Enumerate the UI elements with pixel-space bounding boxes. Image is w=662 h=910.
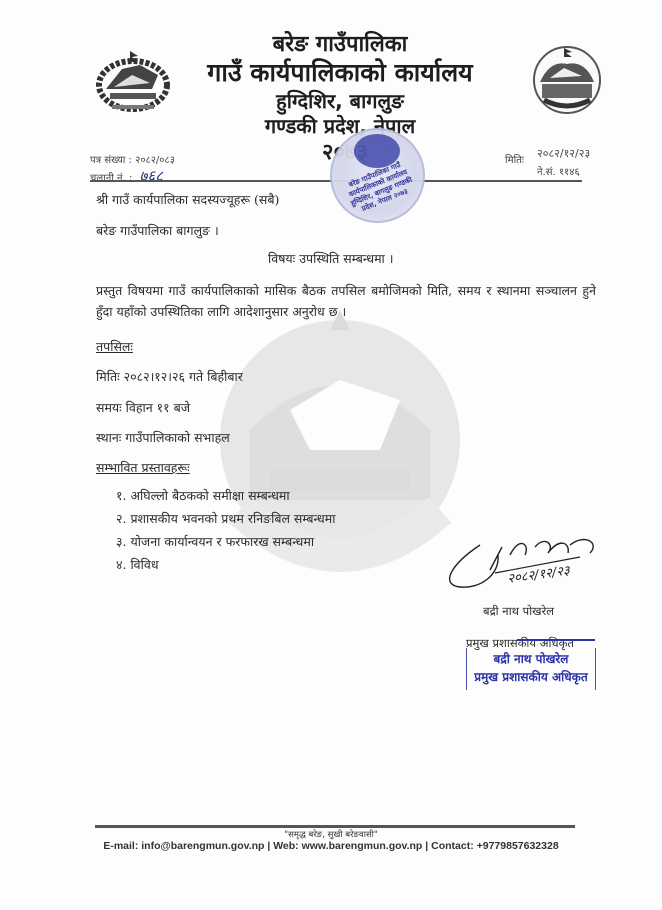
- org-name: बरेङ गाउँपालिका: [160, 28, 520, 58]
- recipient-line-2: बरेङ गाउँपालिका बागलुङ ।: [96, 222, 219, 239]
- footer-contact: E-mail: info@barengmun.gov.np | Web: www…: [0, 840, 662, 852]
- name-designation-stamp: बद्री नाथ पोखरेल प्रमुख प्रशासकीय अधिकृत: [466, 648, 596, 690]
- office-seal-stamp: बरेङ गाउँपालिका गाउँ कार्यपालिकाको कार्य…: [330, 128, 425, 223]
- province-country: गण्डकी प्रदेश, नेपाल: [160, 112, 520, 139]
- signer-name: बद्री नाथ पोखरेल: [483, 604, 554, 619]
- meeting-venue: स्थानः गाउँपालिकाको सभाहल: [96, 429, 230, 446]
- agenda-item: १. अघिल्लो बैठकको समीक्षा सम्बन्धमा: [116, 484, 335, 507]
- agenda-heading: सम्भावित प्रस्तावहरूः: [96, 459, 190, 476]
- details-heading: तपसिलः: [96, 338, 133, 355]
- stamp-strike-line: [517, 639, 595, 641]
- footer-divider: [95, 825, 575, 828]
- municipality-emblem-icon: [530, 42, 604, 118]
- agenda-item: २. प्रशासकीय भवनको प्रथम रनिङबिल सम्बन्ध…: [116, 507, 335, 530]
- office-address: हुग्दिशिर, बागलुङ: [160, 87, 520, 114]
- nepal-sambat-date: ने.सं. ११४६: [537, 164, 580, 178]
- subject-line: विषयः उपस्थिति सम्बन्धमा ।: [268, 250, 394, 267]
- recipient-line-1: श्री गाउँ कार्यपालिका सदस्यज्यूहरू (सबै): [96, 191, 279, 208]
- meeting-time: समयः विहान ११ बजे: [96, 399, 190, 416]
- dispatch-value: ७६८: [140, 167, 163, 185]
- dispatch-number: चलानी नं. : ७६८: [90, 166, 163, 186]
- dispatch-label: चलानी नं. :: [90, 173, 132, 184]
- agenda-item: ३. योजना कार्यान्वयन र फरफारख सम्बन्धमा: [116, 530, 335, 553]
- signature-date: २०८२/१२/२३: [506, 563, 572, 587]
- stamp-title: प्रमुख प्रशासकीय अधिकृत: [467, 668, 595, 686]
- meeting-date: मितिः २०८२।१२।२६ गते बिहीबार: [96, 368, 243, 385]
- body-paragraph: प्रस्तुत विषयमा गाउँ कार्यपालिकाको मासिक…: [96, 280, 596, 322]
- reference-label: पत्र संख्या :: [90, 155, 132, 166]
- footer-slogan: "समृद्ध बरेङ, सुखी बरेङवासी": [0, 829, 662, 840]
- office-name: गाउँ कार्यपालिकाको कार्यालय: [160, 55, 520, 89]
- letter-page: बरेङ गाउँपालिका गाउँ कार्यपालिकाको कार्य…: [0, 0, 662, 910]
- date-label: मितिः: [505, 152, 524, 166]
- handwritten-signature: २०८२/१२/२३: [440, 525, 610, 595]
- reference-number: पत्र संख्या : २०८२/०८३: [90, 152, 175, 166]
- agenda-item: ४. विविध: [116, 553, 335, 576]
- stamp-name: बद्री नाथ पोखरेल: [467, 650, 595, 668]
- reference-value: २०८२/०८३: [135, 155, 175, 166]
- agenda-list: १. अघिल्लो बैठकको समीक्षा सम्बन्धमा २. प…: [116, 484, 335, 576]
- date-value: २०८२/१२/२३: [537, 146, 590, 161]
